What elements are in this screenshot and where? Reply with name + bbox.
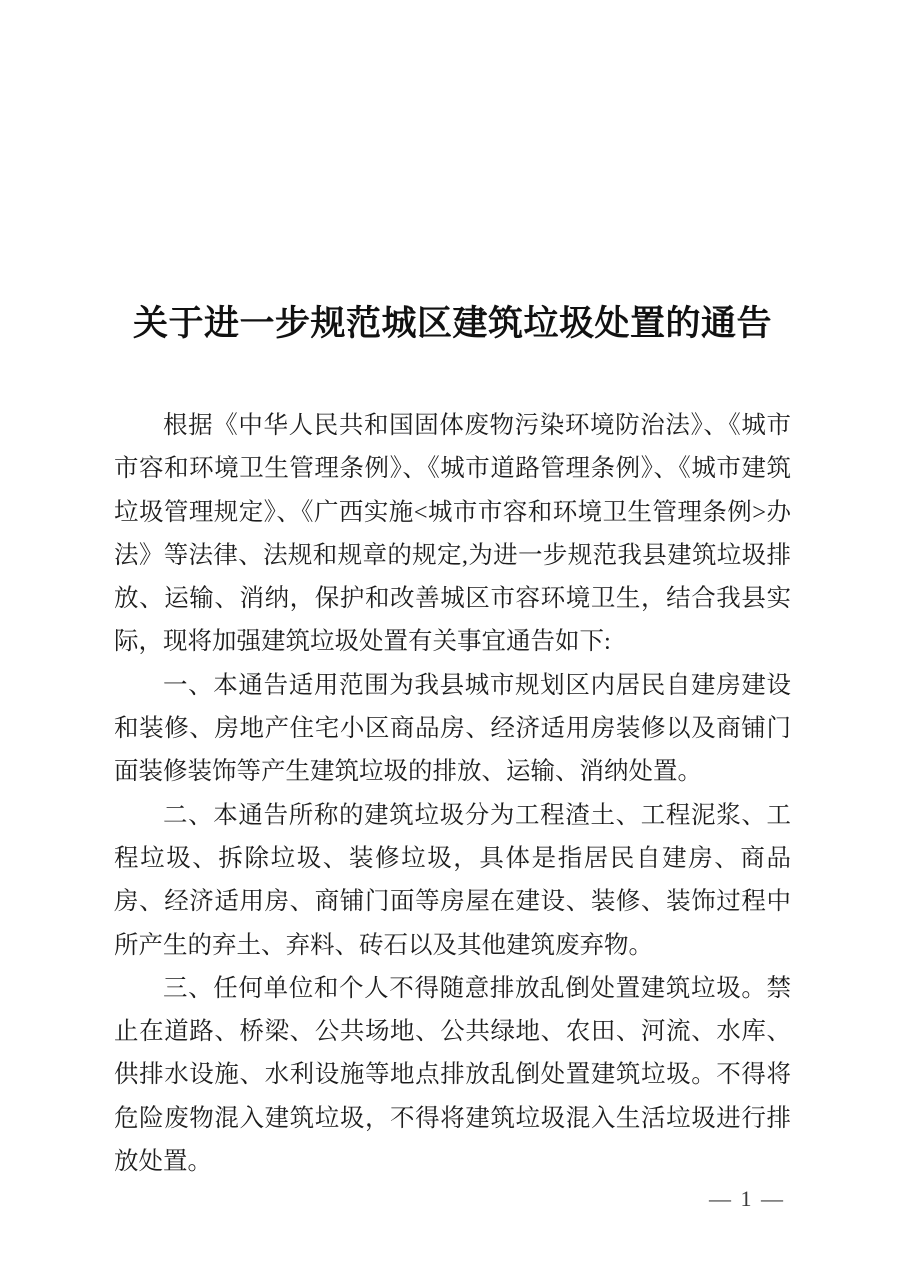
document-body: 根据《中华人民共和国固体废物污染环境防治法》、《城市市容和环境卫生管理条例》、《…	[114, 404, 791, 1183]
paragraph-article-2: 二、本通告所称的建筑垃圾分为工程渣土、工程泥浆、工程垃圾、拆除垃圾、装修垃圾，具…	[114, 794, 791, 967]
paragraph-intro: 根据《中华人民共和国固体废物污染环境防治法》、《城市市容和环境卫生管理条例》、《…	[114, 404, 791, 664]
page-number: — 1 —	[709, 1186, 785, 1212]
document-title: 关于进一步规范城区建筑垃圾处置的通告	[0, 296, 905, 346]
paragraph-article-3: 三、任何单位和个人不得随意排放乱倒处置建筑垃圾。禁止在道路、桥梁、公共场地、公共…	[114, 967, 791, 1183]
document-page: 关于进一步规范城区建筑垃圾处置的通告 根据《中华人民共和国固体废物污染环境防治法…	[0, 0, 905, 1280]
paragraph-article-1: 一、本通告适用范围为我县城市规划区内居民自建房建设和装修、房地产住宅小区商品房、…	[114, 664, 791, 794]
